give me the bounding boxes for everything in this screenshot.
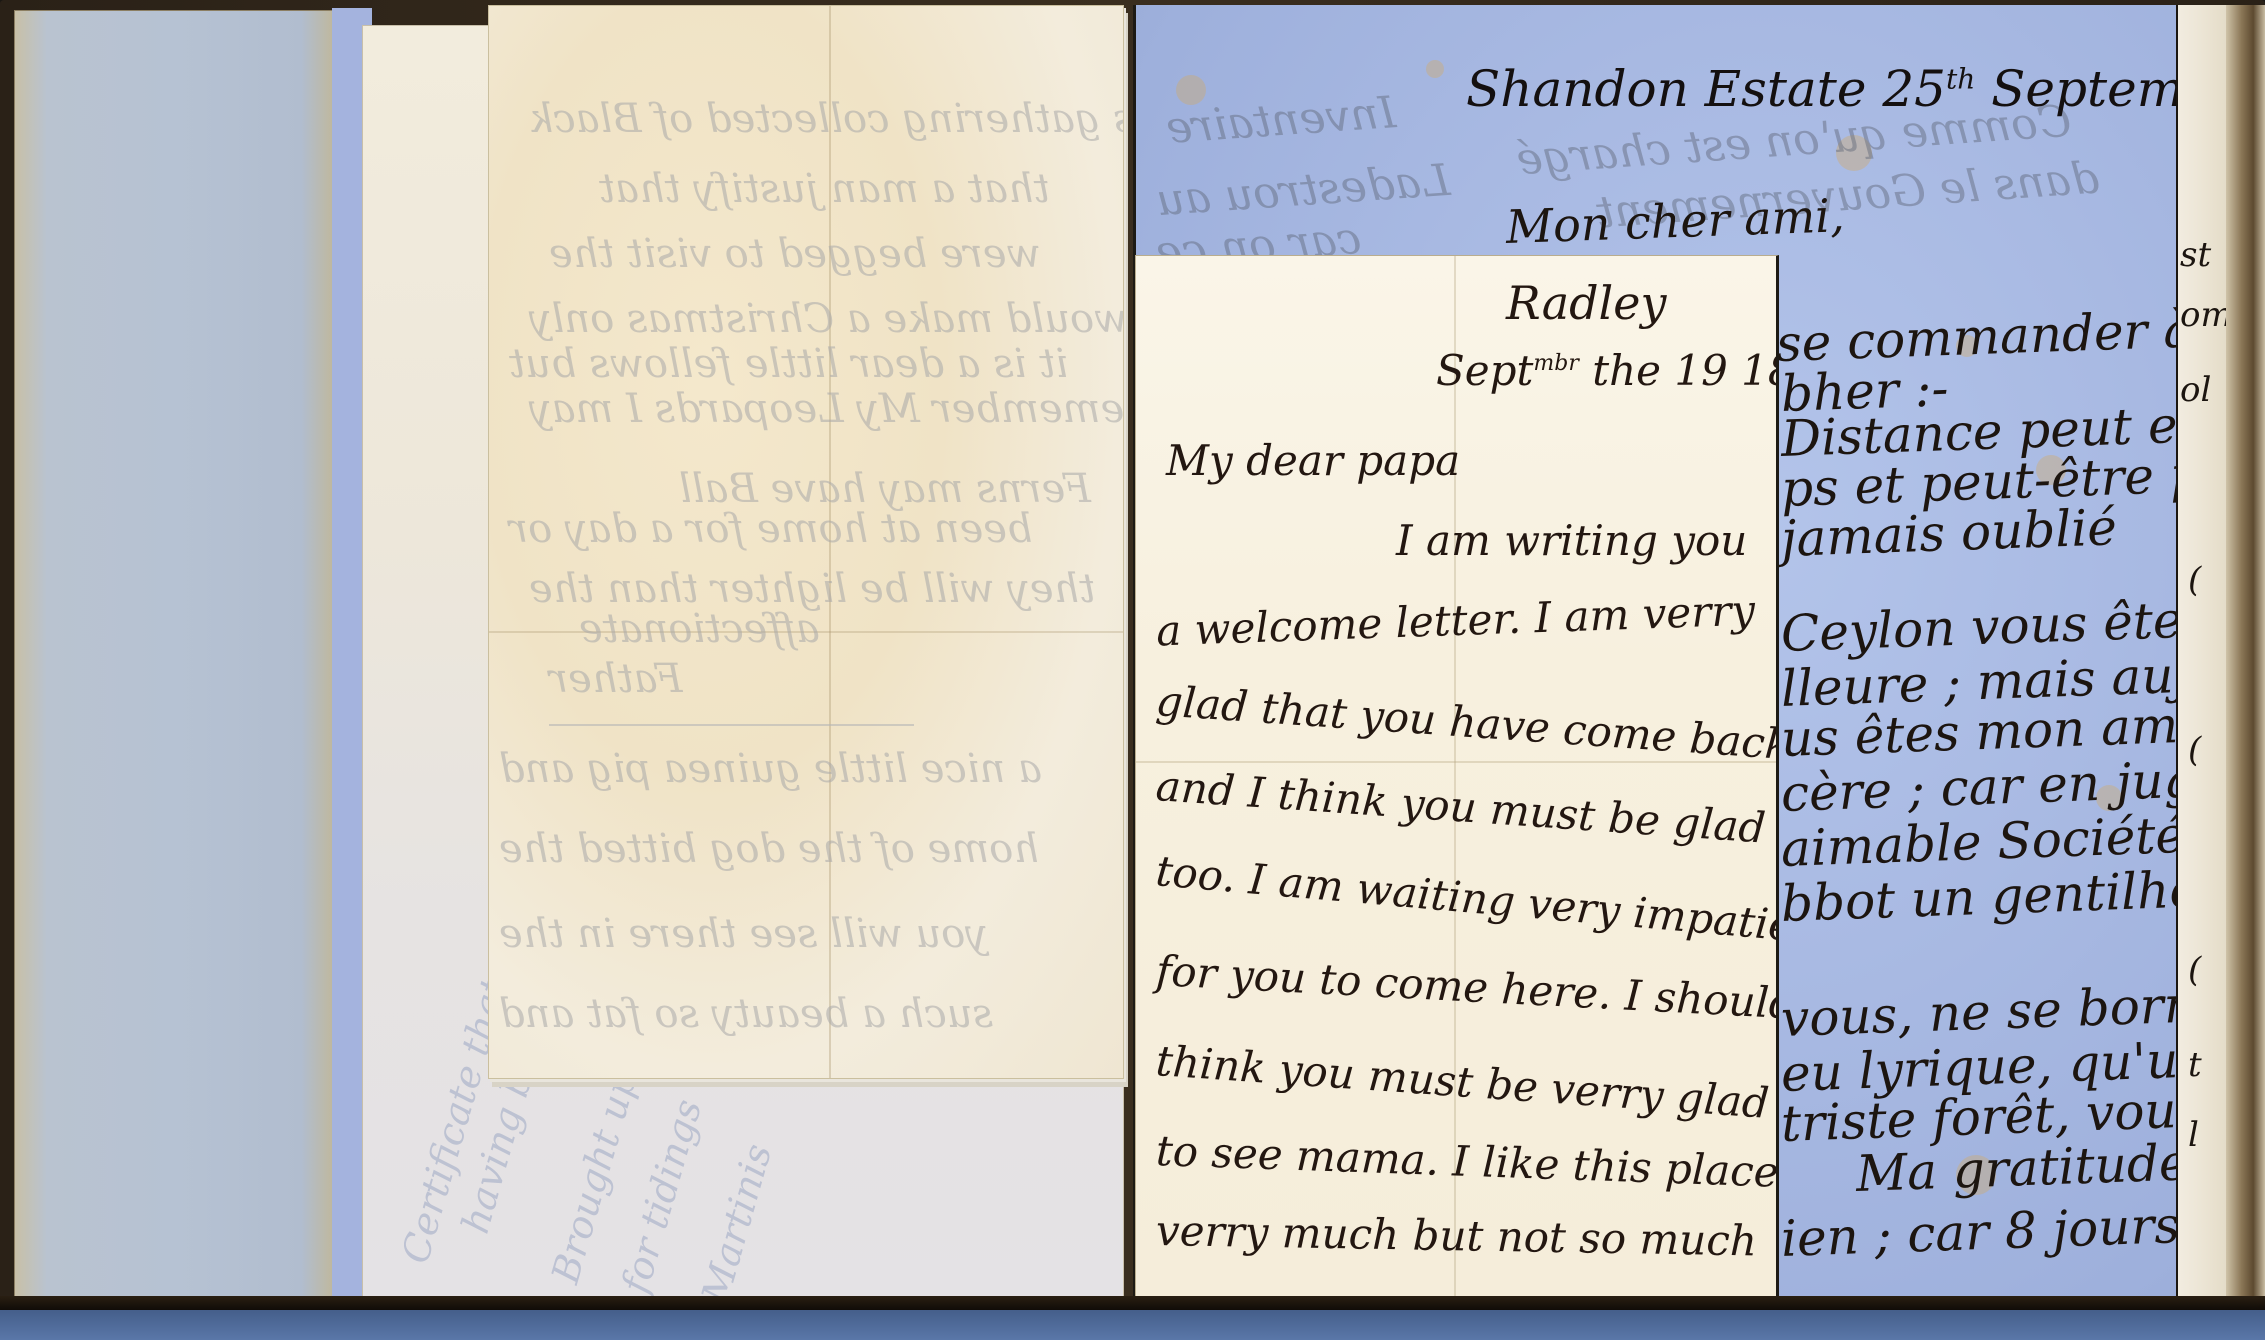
edge-mark: (	[2188, 950, 2201, 990]
heading-day: 25	[1882, 60, 1946, 118]
ghost-line: home of the dog bitted the	[499, 826, 1039, 872]
ghost-line: you will see there in the	[499, 911, 988, 957]
letter-place: Radley	[1506, 276, 1666, 330]
radley-letter: Radley Septmbr the 19 1854 My dear papa …	[1135, 255, 1779, 1297]
salutation: Mon cher ami,	[1505, 188, 1845, 254]
letter-line: jamais oublié	[1780, 498, 2118, 568]
ghost-line: been at home for a day or	[509, 506, 1032, 552]
date-month: Sept	[1436, 346, 1533, 395]
letter-line: I am writing you	[1396, 516, 1747, 565]
ghost-line: were begged to visit the	[549, 231, 1041, 277]
edge-mark: (	[2188, 730, 2201, 770]
heading-place: Shandon Estate	[1466, 60, 1866, 118]
letter-line: and I think you must be glad	[1154, 761, 1767, 852]
letter-line: for you to come here. I should	[1155, 946, 1779, 1028]
left-album-page	[14, 10, 334, 1300]
ghost-line: Ladestrou au	[1155, 155, 1452, 226]
salutation: My dear papa	[1166, 436, 1460, 485]
ghost-line: such a beauty so fat and	[499, 991, 993, 1037]
edge-mark: st	[2180, 235, 2211, 275]
letter-line: Ma gratitude	[1855, 1133, 2181, 1203]
ghost-line: it is a dear little fellows but	[509, 341, 1068, 387]
letter-line: ien ; car 8 jours	[1780, 1196, 2181, 1268]
edge-mark: ol	[2180, 370, 2211, 410]
letter-line: verry much but not so much	[1156, 1206, 1758, 1265]
right-paper-strip: st om ol ( ( ( t l	[2176, 5, 2228, 1303]
letter-line: a welcome letter. I am verry	[1155, 586, 1756, 656]
ghost-line: Mothers gathering collected of Black	[529, 96, 1124, 142]
foxing-spot	[1426, 60, 1444, 78]
ghost-line: Remember My Leopards I may	[529, 386, 1124, 432]
ghost-line: Father	[549, 656, 683, 702]
letter-line: too. I am waiting very impatiently	[1154, 846, 1779, 958]
letter-date: Septmbr the 19 1854	[1436, 346, 1779, 395]
cream-letter: Mothers gathering collected of Black tha…	[488, 5, 1124, 1079]
letter-line: se commander à Mont	[1775, 295, 2181, 373]
letter-line: glad that you have come back	[1154, 676, 1779, 769]
edge-mark: t	[2188, 1045, 2202, 1085]
album-spine-edge	[2226, 5, 2265, 1303]
album-bottom-edge	[0, 1296, 2265, 1310]
heading-day-suffix: th	[1946, 62, 1975, 95]
letter-heading: Shandon Estate 25th September 1854-	[1466, 60, 2181, 118]
letter-line: to see mama. I like this place	[1155, 1126, 1779, 1197]
ghost-line: a nice little guinea pig and	[499, 746, 1042, 792]
edge-mark: om	[2180, 295, 2233, 335]
tissue-ghost-line: Martinis	[693, 1139, 780, 1297]
edge-mark: (	[2188, 560, 2201, 600]
ghost-line: that a man justify that	[599, 166, 1050, 212]
edge-mark: l	[2188, 1115, 2199, 1155]
heading-month-year: September 1854-	[1991, 60, 2181, 118]
ghost-line: it would make a Christmas only	[529, 296, 1124, 342]
ghost-line: affectionate	[579, 606, 820, 652]
ghost-divider	[549, 724, 914, 726]
date-suffix: mbr	[1533, 351, 1578, 376]
letter-line: think you must be verry glad	[1154, 1036, 1770, 1128]
date-rest: the 19 1854	[1592, 346, 1779, 395]
